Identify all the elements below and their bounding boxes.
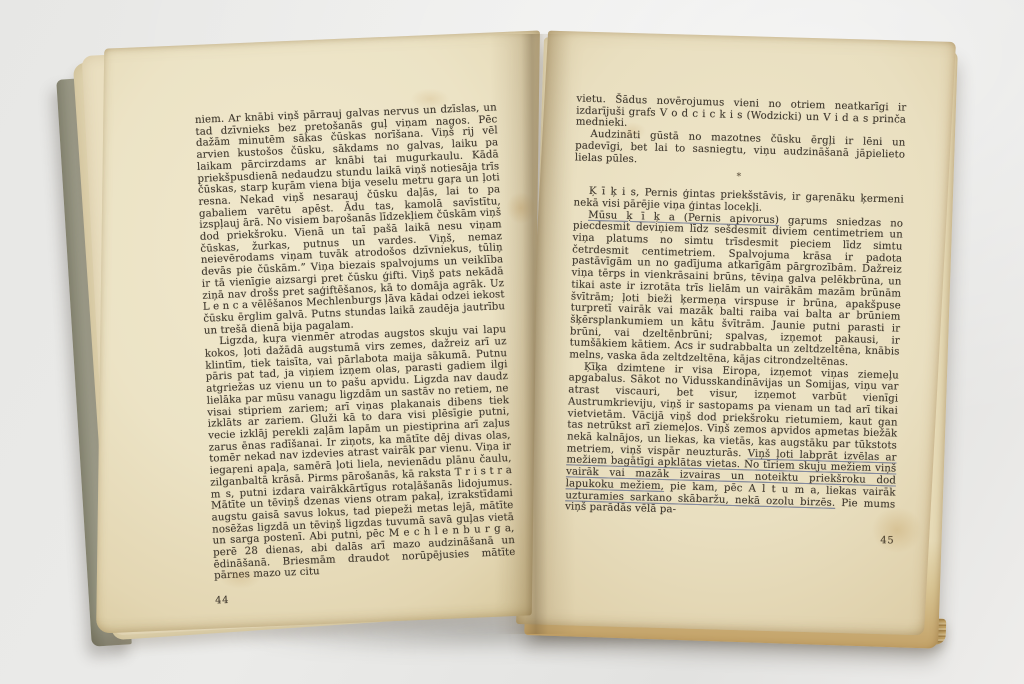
paragraph: Mūsu ķ ī ķ a (Pernis apivorus) gaŗums sn… bbox=[569, 209, 903, 370]
left-page-number: 44 bbox=[215, 583, 517, 607]
paragraph: Ligzda, kuŗa vienmēr atrodas augstos sku… bbox=[204, 324, 516, 582]
right-page-number: 45 bbox=[564, 526, 894, 547]
right-page: vietu. Šādus novērojumus vieni no otriem… bbox=[532, 36, 940, 630]
text-segment: Ķīķa dzimtene ir visa Eiropa, izņemot vi… bbox=[567, 362, 899, 460]
text-segment: niem. Ar knābi viņš pārrauj galvas nervu… bbox=[195, 102, 506, 336]
right-page-text: vietu. Šādus novērojumus vieni no otriem… bbox=[564, 93, 906, 547]
text-segment: gaŗums sniedzas no piecdesmit deviņiem l… bbox=[569, 215, 903, 368]
left-page-content: niem. Ar knābi viņš pārrauj galvas nervu… bbox=[88, 31, 548, 633]
text-segment: vietu. Šādus novērojumus vieni no otriem… bbox=[576, 93, 907, 129]
right-page-content: vietu. Šādus novērojumus vieni no otriem… bbox=[524, 30, 948, 635]
left-page: niem. Ar knābi viņš pārrauj galvas nervu… bbox=[100, 40, 536, 624]
left-page-text: niem. Ar knābi viņš pārrauj galvas nervu… bbox=[195, 102, 517, 607]
paragraph: niem. Ar knābi viņš pārrauj galvas nervu… bbox=[195, 102, 506, 337]
photo-scene: vietu. Šādus novērojumus vieni no otriem… bbox=[0, 0, 1024, 684]
text-segment: Ligzda, kuŗa vienmēr atrodas augstos sku… bbox=[205, 324, 516, 581]
paragraph: Ķīķa dzimtene ir visa Eiropa, izņemot vi… bbox=[565, 361, 899, 522]
